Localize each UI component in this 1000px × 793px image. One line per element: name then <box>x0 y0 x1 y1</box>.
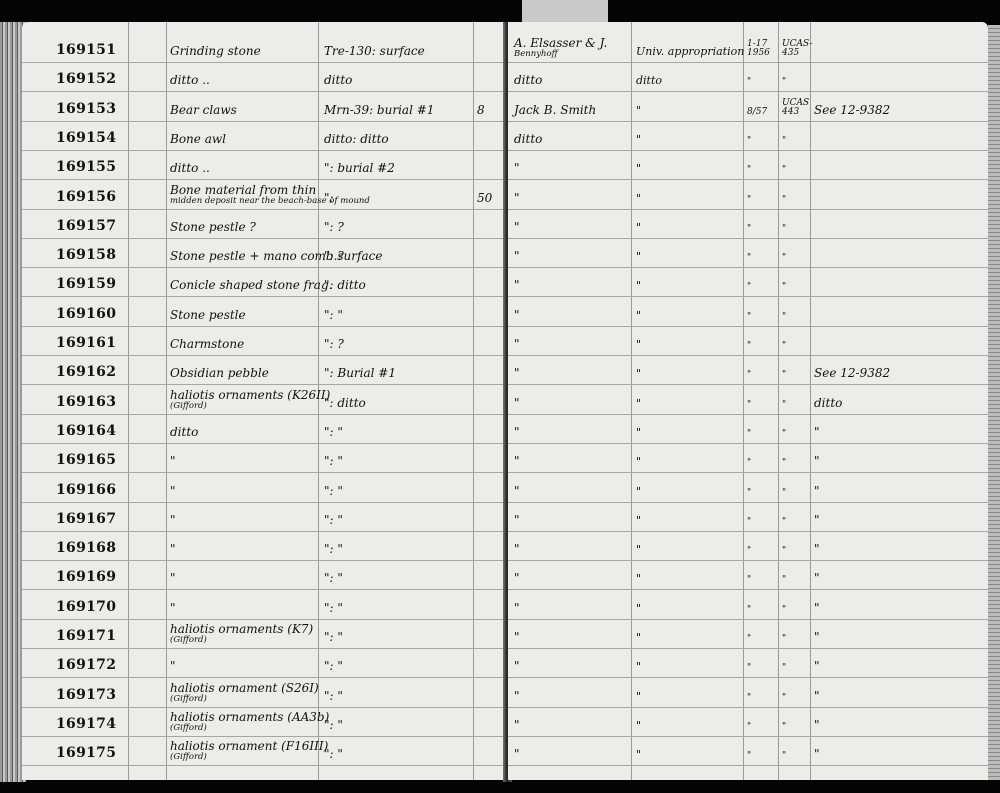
collector: " <box>514 366 520 380</box>
remarks: " <box>814 454 820 468</box>
date-received: " <box>747 664 777 673</box>
accession-number: " <box>782 430 810 439</box>
description-text: Stone pestle ? <box>170 220 256 234</box>
right-page-rows: A. Elsasser & J.BennyhoffUniv. appropria… <box>508 22 988 780</box>
quantity: 50 <box>477 191 492 205</box>
description-text: Bone awl <box>170 132 226 146</box>
object-description: Charmstone <box>170 337 244 351</box>
date-received: " <box>747 371 777 380</box>
source: " <box>636 133 641 146</box>
description-note: (Gifford) <box>170 753 328 761</box>
description-text: " <box>170 454 176 468</box>
date-received: " <box>747 547 777 556</box>
collector: " <box>514 454 520 468</box>
accession-number: " <box>782 723 810 732</box>
object-description: Grinding stone <box>170 44 261 58</box>
table-row: A. Elsasser & J.BennyhoffUniv. appropria… <box>508 34 988 63</box>
table-row: """"" <box>508 679 988 708</box>
accession-number: " <box>782 371 810 380</box>
date-received: " <box>747 166 777 175</box>
catalog-number: 169159 <box>56 276 116 292</box>
remarks: " <box>814 542 820 556</box>
catalog-number: 169173 <box>56 687 116 703</box>
catalog-number: 169170 <box>56 599 116 615</box>
table-row: 169152ditto ..ditto <box>22 63 510 92</box>
date-received: " <box>747 576 777 585</box>
date-received: " <box>747 254 777 263</box>
accession-number: UCAS 443 <box>782 99 810 117</box>
date-received: " <box>747 137 777 146</box>
catalog-number: 169164 <box>56 423 116 439</box>
table-row: """" <box>508 239 988 268</box>
accession-number: " <box>782 283 810 292</box>
site-locality: ": " <box>324 601 343 615</box>
site-locality: ": " <box>324 747 343 761</box>
collector-name: " <box>514 425 520 439</box>
table-row: 169160Stone pestle ": " <box>22 298 510 327</box>
source: " <box>636 748 641 761</box>
table-row: """"" <box>508 737 988 766</box>
source: " <box>636 543 641 556</box>
collector-name: " <box>514 513 520 527</box>
table-row: """" <box>508 327 988 356</box>
remarks: " <box>814 513 820 527</box>
site-locality: ": " <box>324 659 343 673</box>
date-received: " <box>747 225 777 234</box>
site-locality: ": " <box>324 689 343 703</box>
source: " <box>636 309 641 322</box>
catalog-number: 169163 <box>56 394 116 410</box>
source: " <box>636 690 641 703</box>
remarks: " <box>814 601 820 615</box>
catalog-number: 169172 <box>56 657 116 673</box>
description-text: Stone pestle <box>170 308 246 322</box>
site-locality: ": burial #2 <box>324 161 395 175</box>
object-description: Bone awl <box>170 132 226 146</box>
site-locality: ": " <box>324 571 343 585</box>
table-row: """" <box>508 151 988 180</box>
remarks: " <box>814 425 820 439</box>
date-received: " <box>747 283 777 292</box>
catalog-number: 169155 <box>56 159 116 175</box>
remarks: See 12-9382 <box>814 366 890 380</box>
source: " <box>636 485 641 498</box>
collector-name: " <box>514 366 520 380</box>
table-row: """" <box>508 298 988 327</box>
table-row: Jack B. Smith"8/57UCAS 443See 12-9382 <box>508 93 988 122</box>
collector: " <box>514 249 520 263</box>
collector-name: " <box>514 718 520 732</box>
description-text: Bone material from thin <box>170 183 316 197</box>
description-text: Grinding stone <box>170 44 261 58</box>
object-description: " <box>170 454 176 468</box>
table-row: 169172 " ": " <box>22 649 510 678</box>
date-received: " <box>747 342 777 351</box>
description-text: " <box>170 601 176 615</box>
description-text: Obsidian pebble <box>170 366 269 380</box>
table-row: """"ditto <box>508 386 988 415</box>
site-locality: ": " <box>324 513 343 527</box>
collector: " <box>514 396 520 410</box>
source: " <box>636 162 641 175</box>
remarks: " <box>814 571 820 585</box>
description-text: " <box>170 659 176 673</box>
description-text: Conicle shaped stone frag. <box>170 278 332 292</box>
object-description: haliotis ornament (F16III)(Gifford) <box>170 739 328 761</box>
table-row: 169161Charmstone ": ? <box>22 327 510 356</box>
site-locality: ": ? <box>324 337 344 351</box>
collector-name: ditto <box>514 73 542 87</box>
table-row: 169163haliotis ornaments (K26II)(Gifford… <box>22 386 510 415</box>
table-row: """"" <box>508 708 988 737</box>
table-row: """"" <box>508 415 988 444</box>
page-tab <box>522 0 608 24</box>
catalog-number: 169174 <box>56 716 116 732</box>
table-row: 169166 " ": " <box>22 474 510 503</box>
table-row: 169153Bear clawsMrn-39: burial #18 <box>22 93 510 122</box>
collector-name: " <box>514 191 520 205</box>
catalog-number: 169160 <box>56 306 116 322</box>
site-locality: ": " <box>324 425 343 439</box>
table-row: 169156Bone material from thinmidden depo… <box>22 181 510 210</box>
date-received: " <box>747 313 777 322</box>
site-locality: ": " <box>324 454 343 468</box>
description-text: " <box>170 571 176 585</box>
table-row: 169159Conicle shaped stone frag. ": ditt… <box>22 268 510 297</box>
source: " <box>636 367 641 380</box>
site-locality: ": ditto <box>324 396 366 410</box>
date-received: " <box>747 723 777 732</box>
object-description: haliotis ornaments (K26II)(Gifford) <box>170 388 330 410</box>
remarks: " <box>814 718 820 732</box>
collector-name: " <box>514 454 520 468</box>
site-locality: ": <box>324 191 334 205</box>
site-locality: ": " <box>324 542 343 556</box>
table-row: 169157Stone pestle ? ": ? <box>22 210 510 239</box>
collector: " <box>514 630 520 644</box>
collector-name: " <box>514 659 520 673</box>
description-note: (Gifford) <box>170 636 313 644</box>
table-row: """"See 12-9382 <box>508 356 988 385</box>
collector: ditto <box>514 132 542 146</box>
table-row: """"" <box>508 620 988 649</box>
date-received: 8/57 <box>747 108 777 117</box>
collector: " <box>514 220 520 234</box>
object-description: " <box>170 542 176 556</box>
date-received: " <box>747 401 777 410</box>
catalog-number: 169167 <box>56 511 116 527</box>
catalog-number: 169175 <box>56 745 116 761</box>
table-row: 169162Obsidian pebble ": Burial #1 <box>22 356 510 385</box>
table-row: """" <box>508 210 988 239</box>
source: " <box>636 250 641 263</box>
description-text: Bear claws <box>170 103 237 117</box>
collector: " <box>514 747 520 761</box>
site-locality: ": Burial #1 <box>324 366 396 380</box>
site-locality: ": ? <box>324 220 344 234</box>
date-received: " <box>747 694 777 703</box>
table-row: 169155ditto .. ": burial #2 <box>22 151 510 180</box>
description-note: (Gifford) <box>170 695 319 703</box>
object-description: haliotis ornament (S26I)(Gifford) <box>170 681 319 703</box>
source: " <box>636 279 641 292</box>
description-note: (Gifford) <box>170 724 329 732</box>
object-description: Bone material from thinmidden deposit ne… <box>170 183 370 205</box>
site-locality: ": ditto <box>324 278 366 292</box>
collector: " <box>514 278 520 292</box>
object-description: " <box>170 513 176 527</box>
collector-name: " <box>514 484 520 498</box>
table-row: 169165 " ": " <box>22 444 510 473</box>
catalog-number: 169153 <box>56 101 116 117</box>
collector: " <box>514 337 520 351</box>
source: " <box>636 104 641 117</box>
accession-number: " <box>782 459 810 468</box>
source: Univ. appropriation <box>636 45 744 58</box>
object-description: haliotis ornaments (AA3b)(Gifford) <box>170 710 329 732</box>
object-description: " <box>170 571 176 585</box>
source: " <box>636 660 641 673</box>
catalog-number: 169158 <box>56 247 116 263</box>
date-received: " <box>747 459 777 468</box>
object-description: ditto <box>170 425 198 439</box>
description-note: midden deposit near the beach-base of mo… <box>170 197 370 205</box>
collector-name: " <box>514 337 520 351</box>
table-row: 169169 " ": " <box>22 561 510 590</box>
collector-name: " <box>514 542 520 556</box>
date-received: " <box>747 752 777 761</box>
remarks: " <box>814 659 820 673</box>
collector-name: " <box>514 571 520 585</box>
source: ditto <box>636 74 662 87</box>
catalog-number: 169165 <box>56 452 116 468</box>
object-description: " <box>170 601 176 615</box>
catalog-number: 169156 <box>56 189 116 205</box>
site-locality: ": " <box>324 308 343 322</box>
collector-name-cont: Bennyhoff <box>514 50 607 58</box>
remarks: ditto <box>814 396 842 410</box>
accession-number: " <box>782 547 810 556</box>
date-received: " <box>747 196 777 205</box>
catalog-number: 169151 <box>56 42 116 58</box>
table-row: """"" <box>508 561 988 590</box>
source: " <box>636 602 641 615</box>
accession-number: " <box>782 489 810 498</box>
date-received: " <box>747 518 777 527</box>
description-text: haliotis ornaments (K26II) <box>170 388 330 402</box>
collector: ditto <box>514 73 542 87</box>
collector-name: " <box>514 689 520 703</box>
object-description: Stone pestle <box>170 308 246 322</box>
ledger-book: 169151Grinding stoneTre-130: surface1691… <box>0 0 1000 793</box>
table-row: 169174haliotis ornaments (AA3b)(Gifford)… <box>22 708 510 737</box>
object-description: Obsidian pebble <box>170 366 269 380</box>
table-row: """"" <box>508 591 988 620</box>
collector-name: " <box>514 396 520 410</box>
table-row: 169154Bone awlditto: ditto <box>22 122 510 151</box>
source: " <box>636 192 641 205</box>
table-row: ditto""" <box>508 122 988 151</box>
catalog-number: 169161 <box>56 335 116 351</box>
accession-number: " <box>782 606 810 615</box>
date-received: " <box>747 430 777 439</box>
description-text: ditto <box>170 425 198 439</box>
date-received: 1-17 1956 <box>747 40 777 58</box>
site-locality: Mrn-39: burial #1 <box>324 103 434 117</box>
table-row: 169171haliotis ornaments (K7)(Gifford) "… <box>22 620 510 649</box>
table-row: """"" <box>508 474 988 503</box>
collector-name: " <box>514 278 520 292</box>
catalog-number: 169157 <box>56 218 116 234</box>
right-page: A. Elsasser & J.BennyhoffUniv. appropria… <box>508 22 988 780</box>
left-page: 169151Grinding stoneTre-130: surface1691… <box>22 22 510 780</box>
source: " <box>636 572 641 585</box>
object-description: Stone pestle ? <box>170 220 256 234</box>
collector: " <box>514 571 520 585</box>
object-description: " <box>170 659 176 673</box>
source: " <box>636 338 641 351</box>
description-text: Charmstone <box>170 337 244 351</box>
description-text: " <box>170 542 176 556</box>
collector: " <box>514 484 520 498</box>
source: " <box>636 719 641 732</box>
collector: " <box>514 542 520 556</box>
accession-number: " <box>782 78 810 87</box>
catalog-number: 169168 <box>56 540 116 556</box>
source: " <box>636 397 641 410</box>
collector: " <box>514 718 520 732</box>
accession-number: " <box>782 635 810 644</box>
collector: " <box>514 308 520 322</box>
collector: " <box>514 659 520 673</box>
site-locality: ditto: ditto <box>324 132 389 146</box>
site-locality: ditto <box>324 73 352 87</box>
remarks: " <box>814 630 820 644</box>
table-row: 169170 " ": " <box>22 591 510 620</box>
date-received: " <box>747 489 777 498</box>
accession-number: " <box>782 694 810 703</box>
collector-name: Jack B. Smith <box>514 103 596 117</box>
collector-name: ditto <box>514 132 542 146</box>
table-row: """"" <box>508 503 988 532</box>
page-edges-right <box>988 25 1000 780</box>
accession-number: " <box>782 254 810 263</box>
table-row: 169168 " ": " <box>22 532 510 561</box>
table-row: """"" <box>508 532 988 561</box>
object-description: haliotis ornaments (K7)(Gifford) <box>170 622 313 644</box>
description-text: Stone pestle + mano comb.? <box>170 249 344 263</box>
object-description: Stone pestle + mano comb.? <box>170 249 344 263</box>
site-locality: Tre-130: surface <box>324 44 425 58</box>
description-text: haliotis ornament (S26I) <box>170 681 319 695</box>
description-text: " <box>170 513 176 527</box>
source: " <box>636 631 641 644</box>
table-row: """" <box>508 181 988 210</box>
table-row: """"" <box>508 444 988 473</box>
description-text: haliotis ornaments (AA3b) <box>170 710 329 724</box>
site-locality: ": " <box>324 484 343 498</box>
description-text: ditto .. <box>170 73 210 87</box>
date-received: " <box>747 78 777 87</box>
source: " <box>636 426 641 439</box>
left-page-rows: 169151Grinding stoneTre-130: surface1691… <box>22 22 510 780</box>
accession-number: " <box>782 752 810 761</box>
date-received: " <box>747 606 777 615</box>
site-locality: ": " <box>324 718 343 732</box>
collector: " <box>514 191 520 205</box>
collector: " <box>514 689 520 703</box>
description-note: (Gifford) <box>170 402 330 410</box>
description-text: " <box>170 484 176 498</box>
collector-name: A. Elsasser & J. <box>514 36 607 50</box>
accession-number: " <box>782 196 810 205</box>
table-row: 169151Grinding stoneTre-130: surface <box>22 34 510 63</box>
collector-name: " <box>514 220 520 234</box>
table-row: """" <box>508 268 988 297</box>
quantity: 8 <box>477 103 485 117</box>
accession-number: " <box>782 401 810 410</box>
accession-number: " <box>782 342 810 351</box>
accession-number: " <box>782 225 810 234</box>
description-text: ditto .. <box>170 161 210 175</box>
accession-number: UCAS- 435 <box>782 40 810 58</box>
collector: Jack B. Smith <box>514 103 596 117</box>
remarks: See 12-9382 <box>814 103 890 117</box>
catalog-number: 169154 <box>56 130 116 146</box>
remarks: " <box>814 484 820 498</box>
collector: " <box>514 601 520 615</box>
accession-number: " <box>782 137 810 146</box>
table-row: dittoditto"" <box>508 63 988 92</box>
catalog-number: 169166 <box>56 482 116 498</box>
table-row: 169164ditto ": " <box>22 415 510 444</box>
source: " <box>636 221 641 234</box>
catalog-number: 169152 <box>56 71 116 87</box>
object-description: ditto .. <box>170 161 210 175</box>
table-row: 169158Stone pestle + mano comb.? ": surf… <box>22 239 510 268</box>
table-row: 169175haliotis ornament (F16III)(Gifford… <box>22 737 510 766</box>
collector-name: " <box>514 161 520 175</box>
accession-number: " <box>782 518 810 527</box>
object-description: Bear claws <box>170 103 237 117</box>
collector-name: " <box>514 601 520 615</box>
object-description: ditto .. <box>170 73 210 87</box>
source: " <box>636 514 641 527</box>
catalog-number: 169171 <box>56 628 116 644</box>
object-description: " <box>170 484 176 498</box>
catalog-number: 169162 <box>56 364 116 380</box>
table-row: 169167 " ": " <box>22 503 510 532</box>
site-locality: ": surface <box>324 249 382 263</box>
accession-number: " <box>782 576 810 585</box>
table-row: """"" <box>508 649 988 678</box>
remarks: " <box>814 747 820 761</box>
remarks: " <box>814 689 820 703</box>
collector: " <box>514 425 520 439</box>
accession-number: " <box>782 664 810 673</box>
collector-name: " <box>514 630 520 644</box>
collector-name: " <box>514 747 520 761</box>
table-row: 169173haliotis ornament (S26I)(Gifford) … <box>22 679 510 708</box>
object-description: Conicle shaped stone frag. <box>170 278 332 292</box>
collector-name: " <box>514 249 520 263</box>
description-text: haliotis ornaments (K7) <box>170 622 313 636</box>
collector: " <box>514 513 520 527</box>
collector: " <box>514 161 520 175</box>
collector: A. Elsasser & J.Bennyhoff <box>514 36 607 58</box>
source: " <box>636 455 641 468</box>
collector-name: " <box>514 308 520 322</box>
